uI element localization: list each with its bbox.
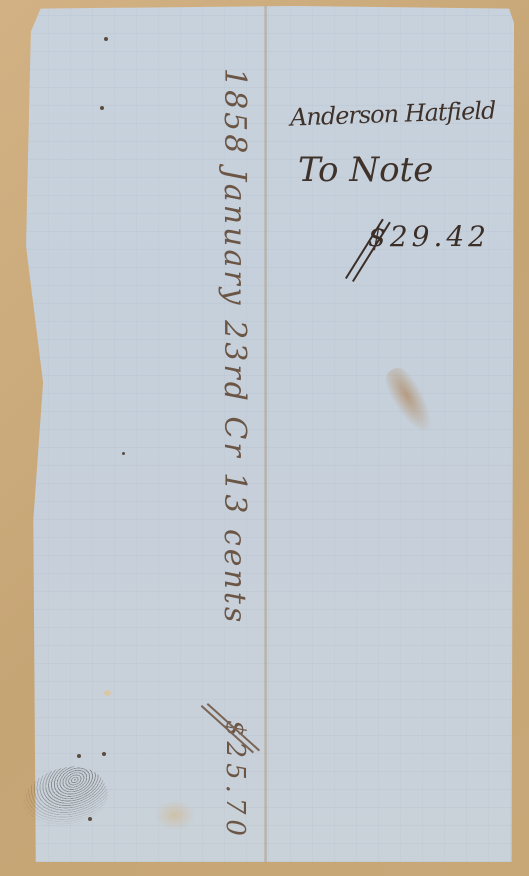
speck [77, 754, 81, 758]
vertical-date-notation: 1858 January 23rd Cr 13 cents [217, 68, 252, 625]
speck [88, 817, 92, 821]
document-paper [26, 6, 514, 862]
faint-stain [155, 800, 195, 830]
speck [100, 106, 104, 110]
speck [122, 452, 125, 455]
speck [104, 690, 111, 696]
center-fold-crease [264, 6, 268, 862]
speck [102, 752, 106, 756]
speck [104, 37, 108, 41]
endorsement-subject: To Note [298, 150, 433, 190]
